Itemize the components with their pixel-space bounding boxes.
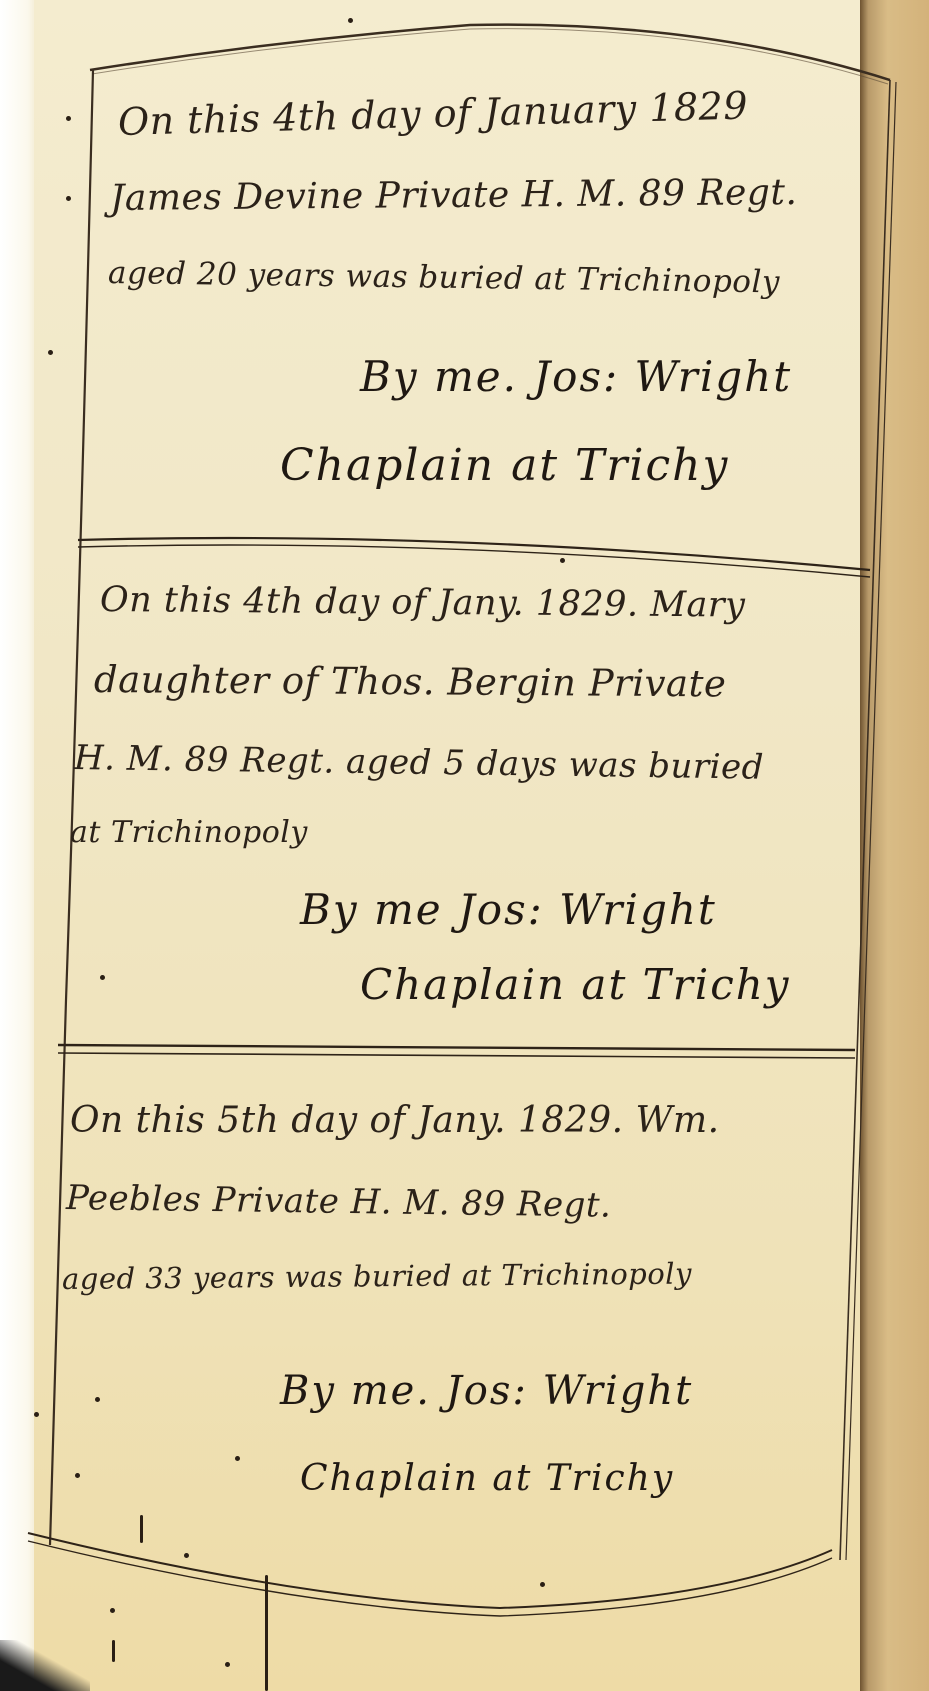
ink-spot xyxy=(100,975,105,980)
entry-2-line-1: On this 4th day of Jany. 1829. Mary xyxy=(100,580,746,626)
entry-3-signature-title: Chaplain at Trichy xyxy=(300,1458,674,1499)
ink-spot xyxy=(66,116,71,121)
ink-spot xyxy=(95,1397,100,1402)
ink-spot xyxy=(66,196,71,201)
entry-3-line-3: aged 33 years was buried at Trichinopoly xyxy=(62,1257,692,1296)
photo-shadow xyxy=(0,1640,90,1691)
entry-2-line-2: daughter of Thos. Bergin Private xyxy=(94,658,727,705)
ink-drip xyxy=(112,1640,115,1662)
entry-2-signature-name: By me Jos: Wright xyxy=(300,885,717,934)
entry-3-line-2: Peebles Private H. M. 89 Regt. xyxy=(66,1178,612,1226)
ink-spot xyxy=(110,1608,115,1613)
ink-spot xyxy=(75,1473,80,1478)
ink-spot xyxy=(540,1582,545,1587)
entry-1-signature-title: Chaplain at Trichy xyxy=(280,440,729,491)
entry-2-line-4: at Trichinopoly xyxy=(70,815,308,850)
ink-drip xyxy=(140,1515,143,1543)
entry-1-line-2: James Devine Private H. M. 89 Regt. xyxy=(110,172,798,219)
ink-spot xyxy=(225,1662,230,1667)
ink-spot xyxy=(184,1553,189,1558)
ink-drip xyxy=(265,1575,268,1691)
ink-spot xyxy=(34,1412,39,1417)
ink-spot xyxy=(560,558,565,563)
ink-spot xyxy=(348,18,353,23)
entry-1-signature-name: By me. Jos: Wright xyxy=(360,352,792,401)
ink-spot xyxy=(48,350,53,355)
entry-2-signature-title: Chaplain at Trichy xyxy=(360,960,791,1009)
ink-spot xyxy=(235,1456,240,1461)
entry-3-line-1: On this 5th day of Jany. 1829. Wm. xyxy=(70,1100,720,1141)
entry-3-signature-name: By me. Jos: Wright xyxy=(280,1368,693,1414)
